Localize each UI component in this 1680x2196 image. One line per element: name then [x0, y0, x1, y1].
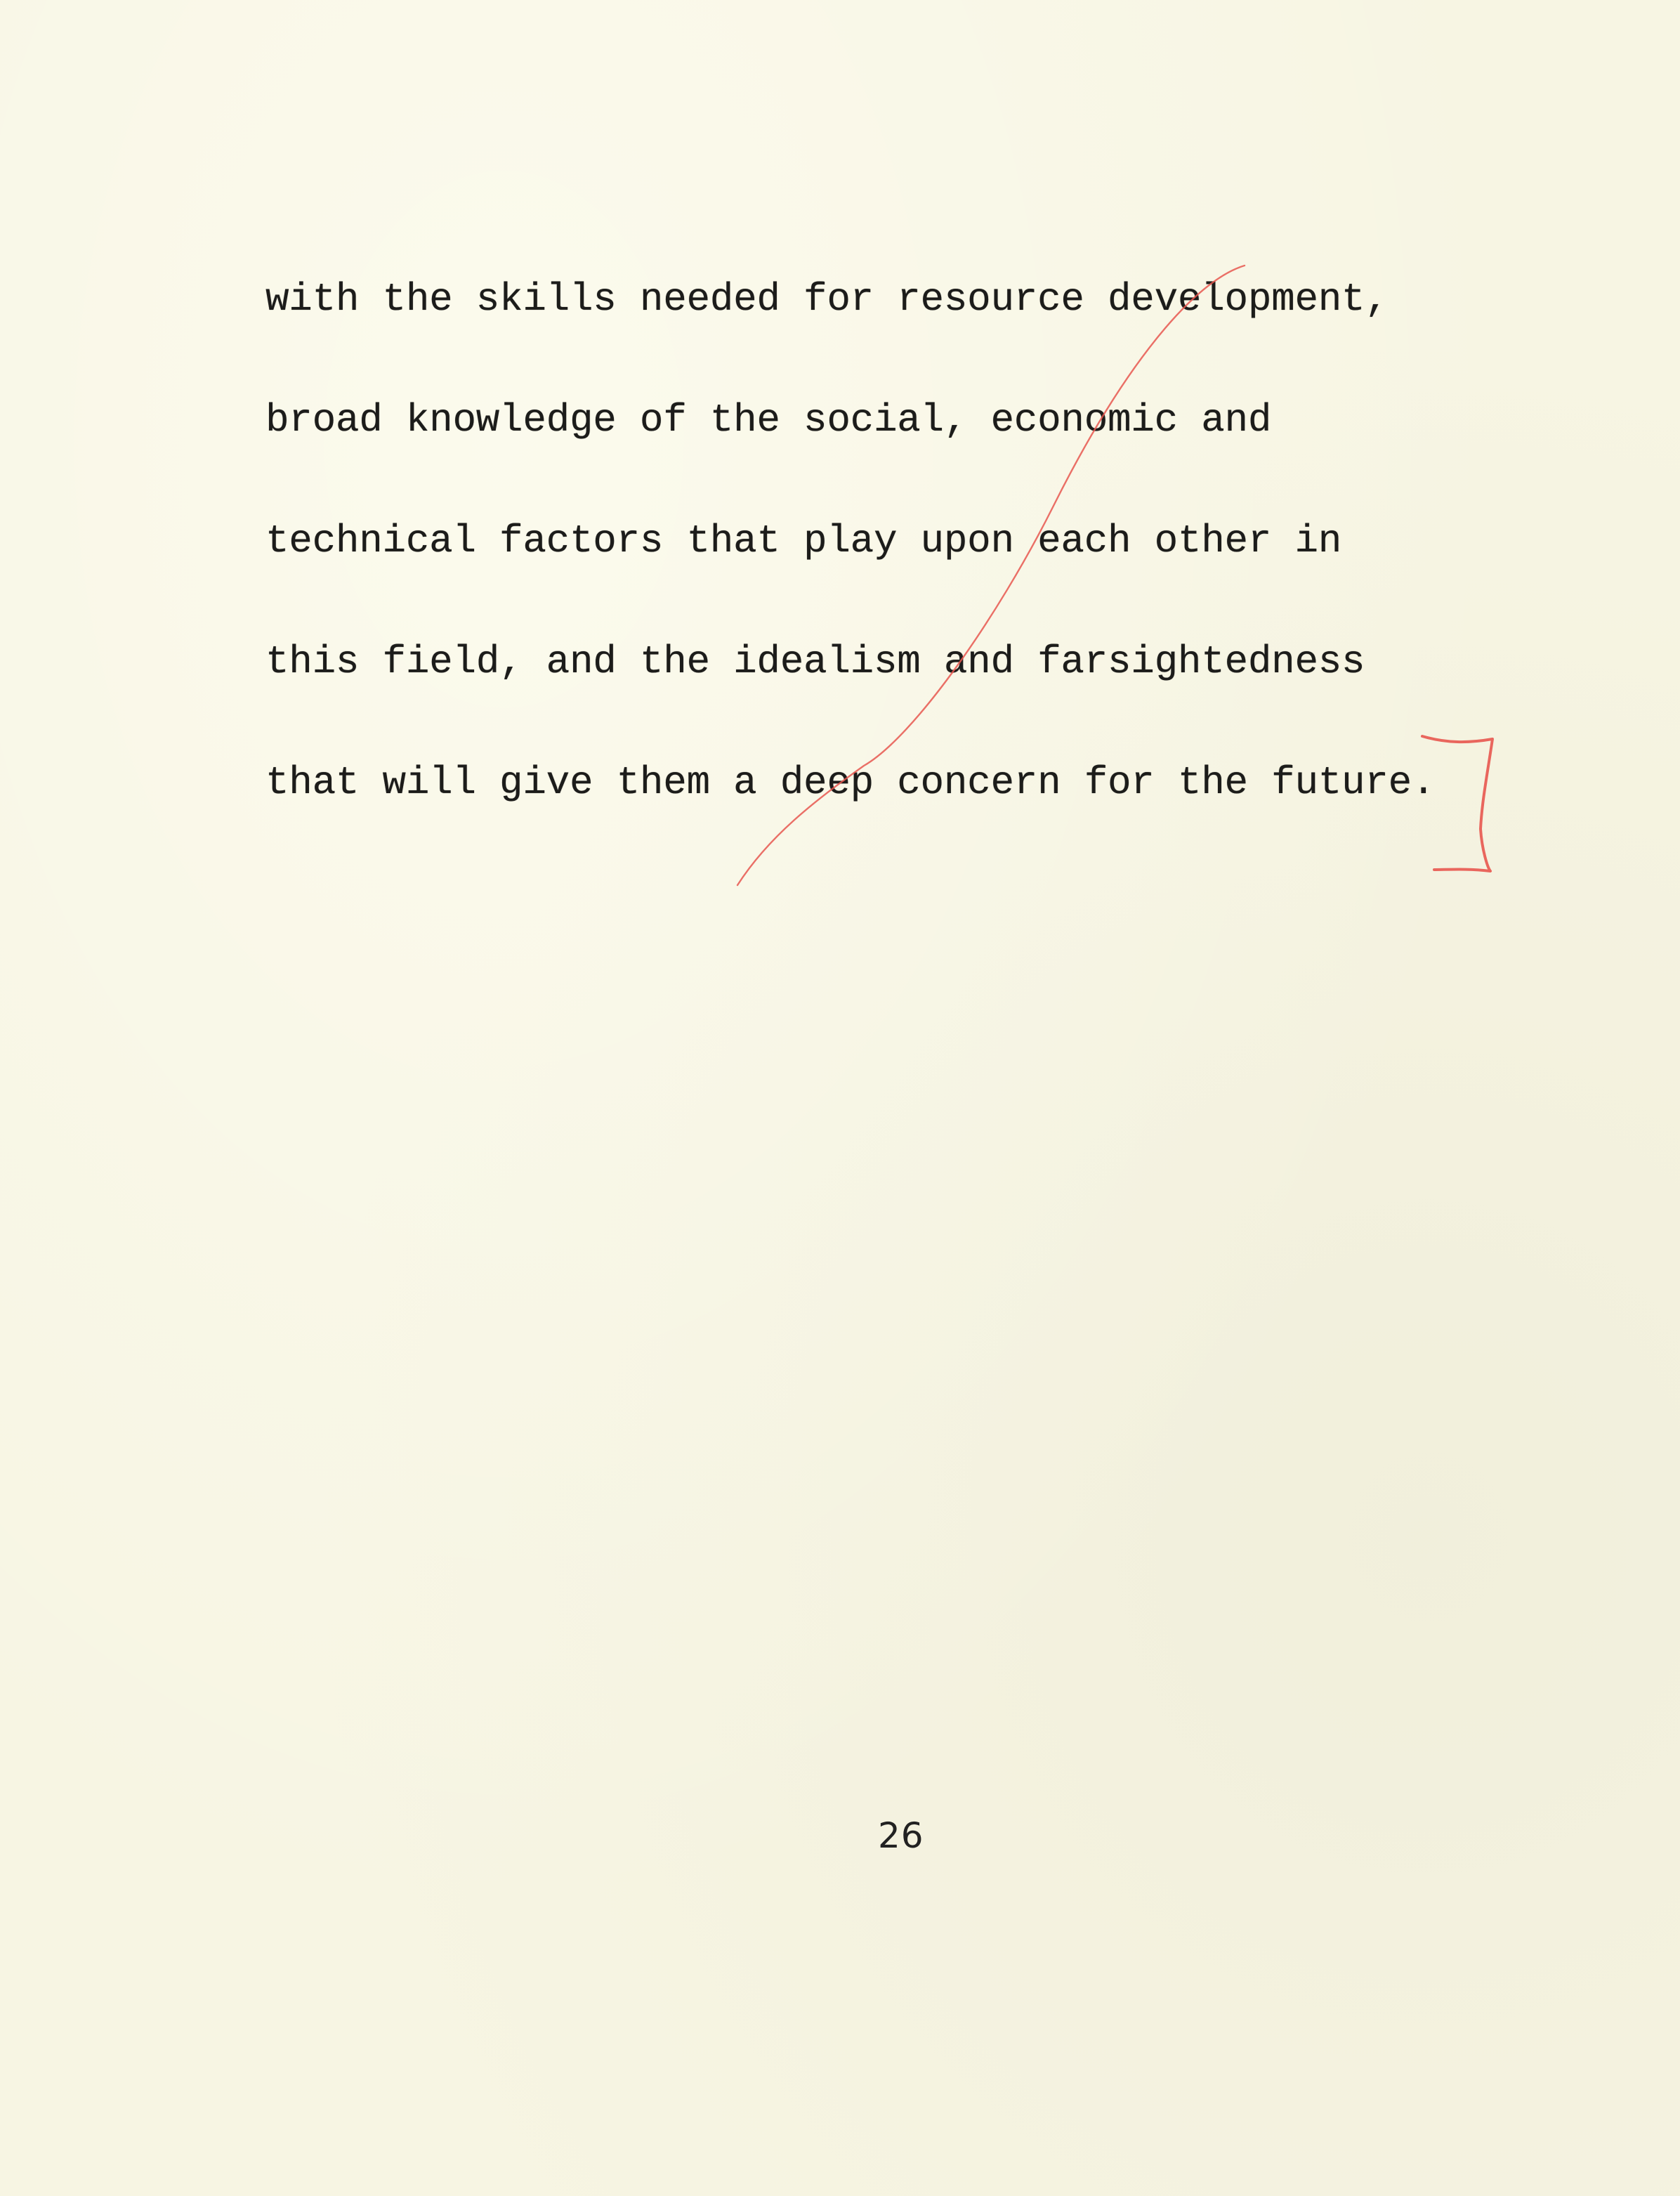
text-line: technical factors that play upon each ot…: [265, 521, 1435, 561]
typed-text-block: with the skills needed for resource deve…: [265, 280, 1435, 884]
page-number: 26: [878, 1818, 924, 1853]
text-line: this field, and the idealism and farsigh…: [265, 642, 1435, 681]
text-line: broad knowledge of the social, economic …: [265, 400, 1435, 440]
text-line: that will give them a deep concern for t…: [265, 763, 1435, 802]
document-page: with the skills needed for resource deve…: [0, 0, 1680, 2196]
text-line: with the skills needed for resource deve…: [265, 280, 1435, 319]
